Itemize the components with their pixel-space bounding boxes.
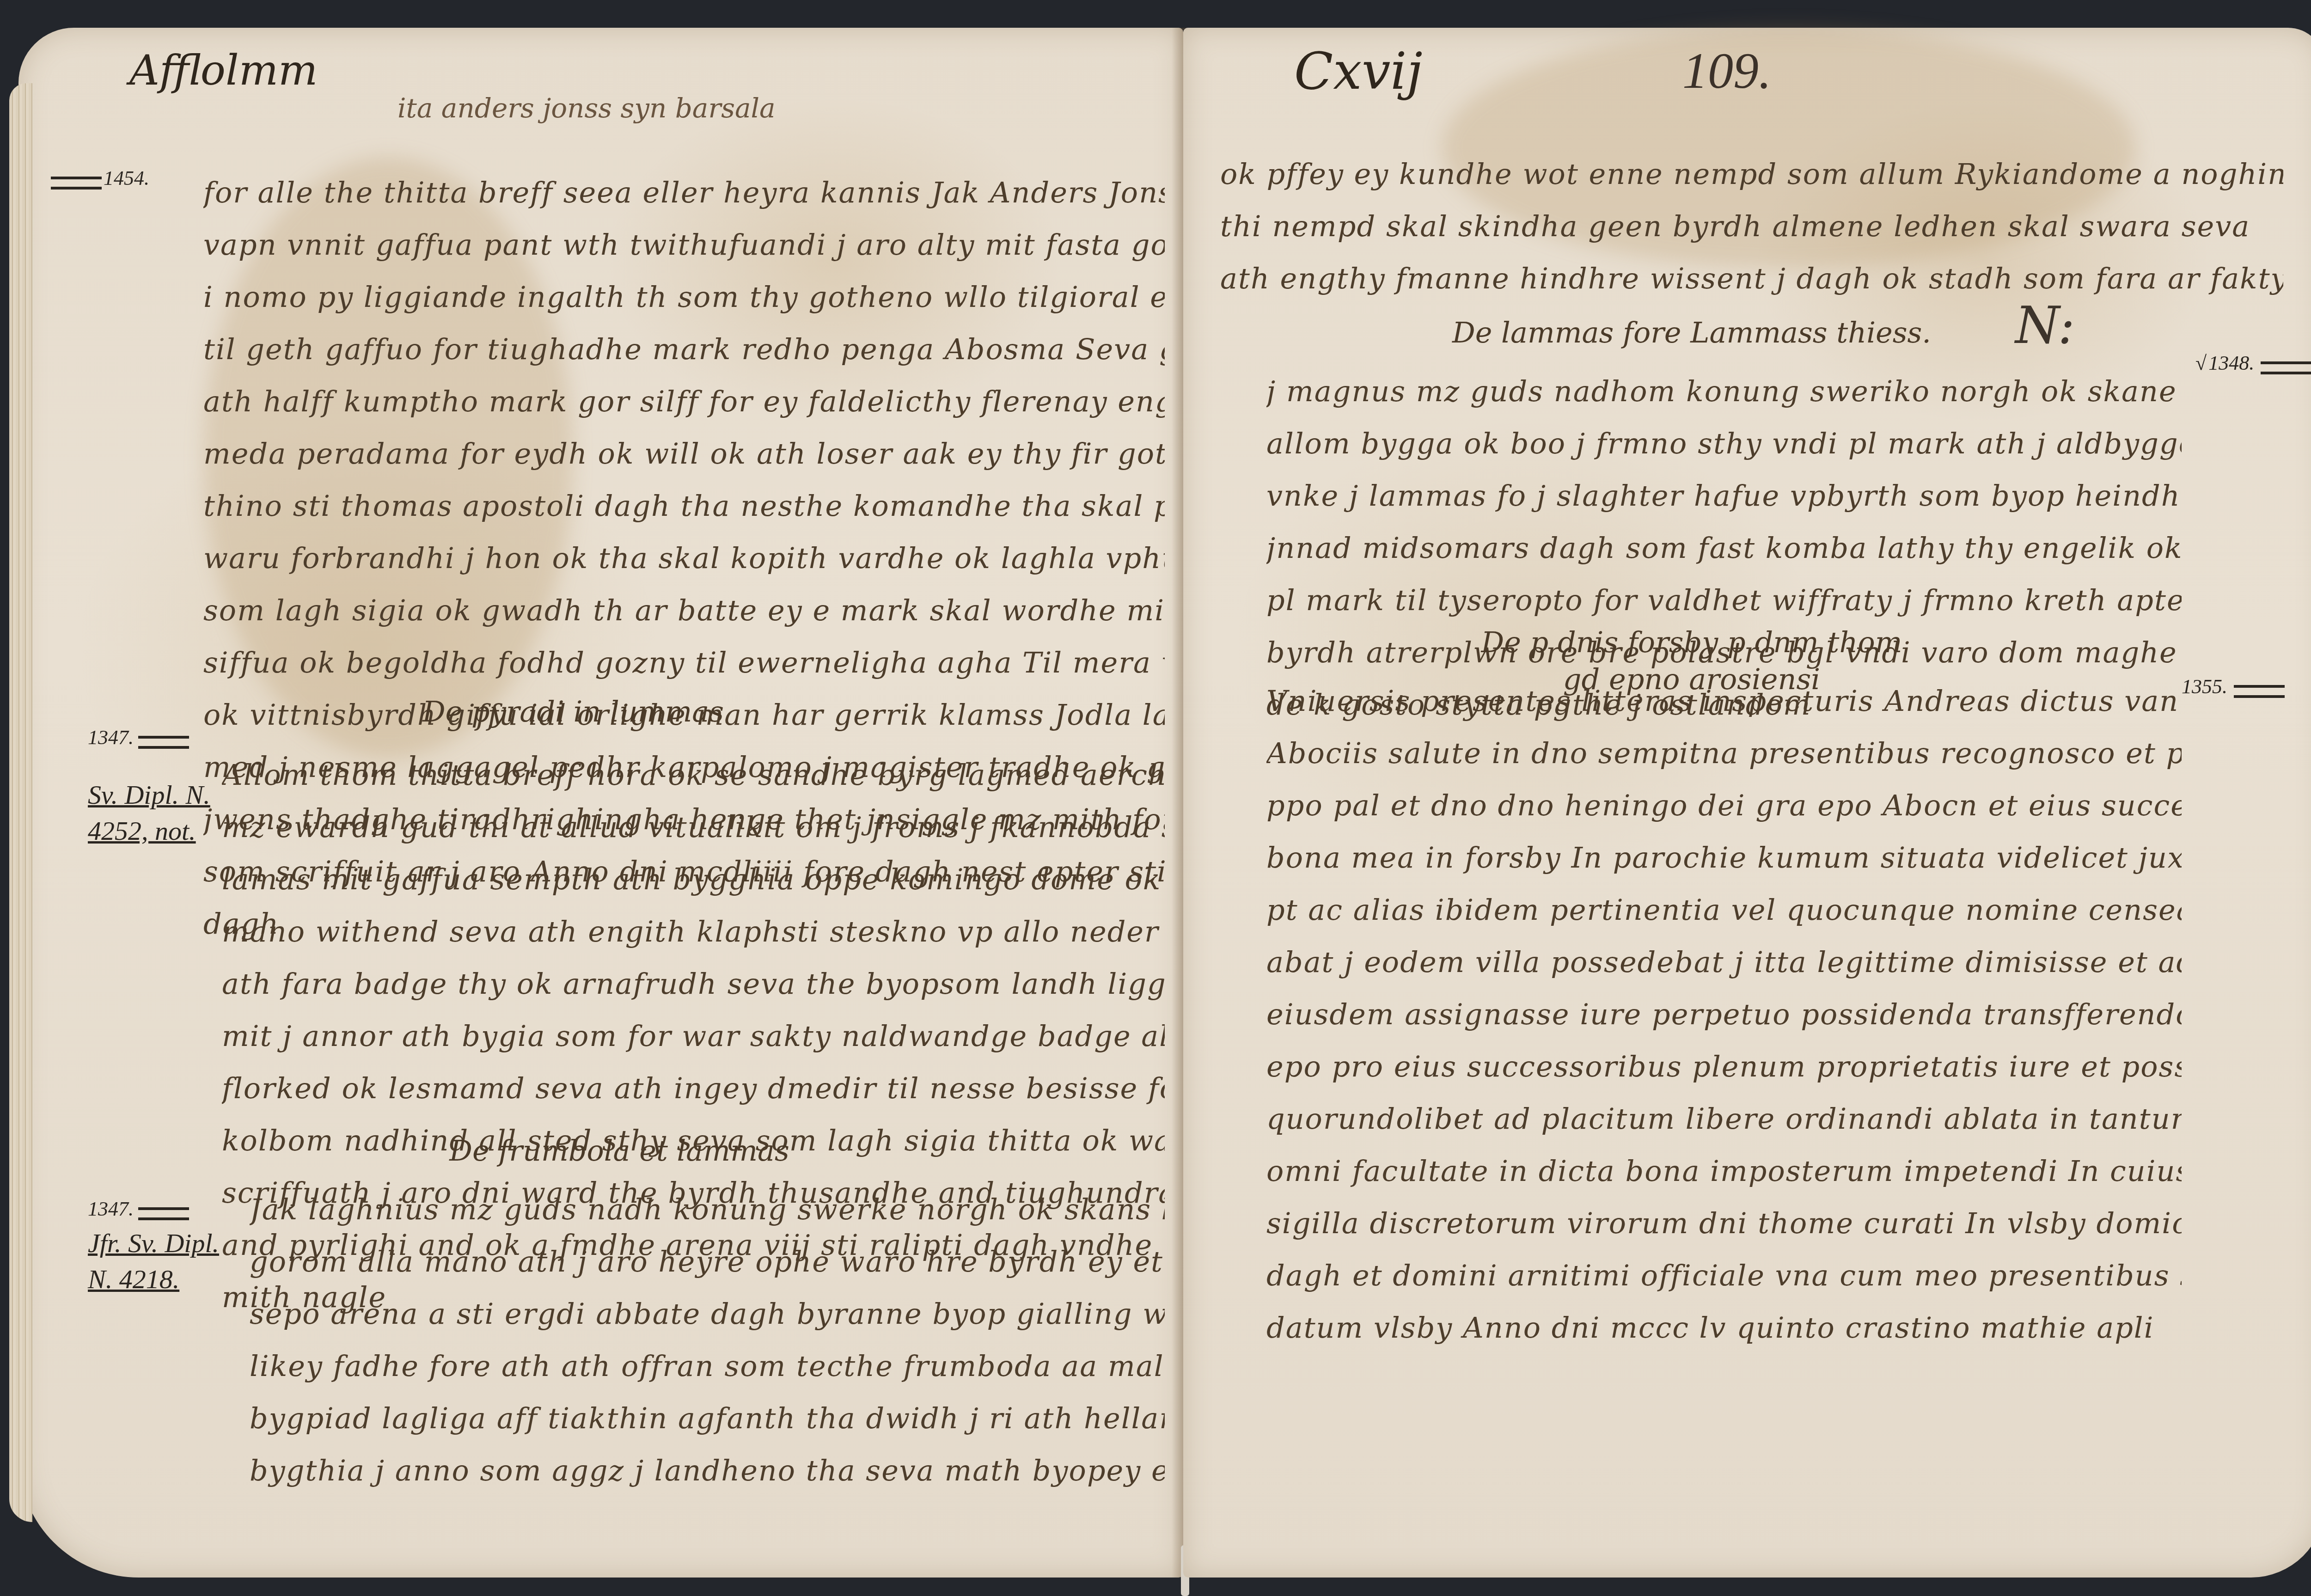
text-line: for alle the thitta breff seea eller hey… [203,166,1165,219]
running-head-left: Afflolmm [129,46,318,95]
double-rule-icon [51,177,102,190]
text-line: quorundolibet ad placitum libere ordinan… [1266,1093,2182,1145]
double-rule-icon [138,736,189,749]
entry-continuation: ok pffey ey kundhe wot enne nempd som al… [1220,148,2283,305]
text-line: meda peradama for eydh ok will ok ath lo… [203,428,1165,480]
text-line: bygpiad lagliga aff tiakthin agfanth tha… [250,1392,1165,1444]
text-line: dagh et domini arnitimi officiale vna cu… [1266,1249,2182,1302]
entry-3: Jak laghnius mz guds nadh konung swerke … [250,1183,1165,1497]
text-line: lamas mit gaffua sempth ath bygghia oppe… [222,853,1165,905]
text-line: mz ewardh gud thi at allud vitualikit om… [222,801,1165,853]
diplomatarium-ref: Jfr. Sv. Dipl. N. 4218. [88,1225,226,1297]
text-line: Abociis salute in dno sempitna presentib… [1266,727,2182,779]
diplomatarium-ref: Sv. Dipl. N. 4252, not. [88,777,236,849]
text-line: Allom thom thitta breff hora ok se sandh… [222,749,1165,801]
text-line: bona mea in forsby In parochie kumum sit… [1266,832,2182,884]
right-page: Cxvij 109. ok pffey ey kundhe wot enne n… [1183,28,2311,1578]
text-line: datum vlsby Anno dni mccc lv quinto cras… [1266,1302,2182,1354]
double-rule-icon [2261,361,2311,374]
text-line: eiusdem assignasse iure perpetuo posside… [1266,988,2182,1040]
margin-note-2: 1347. Sv. Dipl. N. 4252, not. [88,726,236,849]
double-rule-icon [138,1207,189,1220]
margin-year: 1347. [88,726,134,749]
manuscript-spread: Afflolmm ita anders jonss syn barsala 14… [0,0,2311,1596]
text-line: florked ok lesmamd seva ath ingey dmedir… [222,1062,1165,1114]
text-line: likey fadhe fore ath ath offran som tect… [250,1340,1165,1392]
text-line: sepo arena a sti ergdi abbate dagh byran… [250,1288,1165,1340]
running-head-roman: Cxvij [1294,42,1423,101]
text-line: omni facultate in dicta bona imposterum … [1266,1145,2182,1197]
text-line: mit j annor ath bygia som for war sakty … [222,1010,1165,1062]
entry-forsby: Vniuersis presentes litteras inspecturis… [1266,675,2182,1354]
text-line: abat j eodem villa possedebat j itta leg… [1266,936,2182,988]
text-line: thino sti thomas apostoli dagh tha nesth… [203,480,1165,532]
text-line: thi nempd skal skindha geen byrdh almene… [1220,200,2283,252]
text-line: epo pro eius successoribus plenum propri… [1266,1040,2182,1093]
text-line: vnke j lammas fo j slaghter hafue vpbyrt… [1266,470,2182,522]
text-line: siffua ok begoldha fodhd gozny til ewern… [203,636,1165,689]
check-icon: √ [2195,352,2207,374]
margin-note-3: 1347. Jfr. Sv. Dipl. N. 4218. [88,1197,226,1297]
text-line: ppo pal et dno dno heningo dei gra epo A… [1266,779,2182,832]
text-line: ath engthy fmanne hindhre wissent j dagh… [1220,252,2283,305]
text-line: gorom alla mano ath j aro heyre ophe war… [250,1235,1165,1288]
margin-year: 1347. [88,1198,134,1220]
text-line: jnnad midsomars dagh som fast komba lath… [1266,522,2182,574]
margin-year: 1355. [2182,675,2227,698]
margin-year: 1454. [104,167,149,190]
text-line: waru forbrandhi j hon ok tha skal kopith… [203,532,1165,584]
text-line: Jak laghnius mz guds nadh konung swerke … [250,1183,1165,1235]
text-line: som lagh sigia ok gwadh th ar batte ey e… [203,584,1165,636]
text-line: vapn vnnit gaffua pant wth twithufuandi … [203,219,1165,271]
text-line: mano withend seva ath engith klaphsti st… [222,905,1165,958]
double-rule-icon [2234,685,2285,698]
section-heading: De lammas fore Lammass thiess. [1414,305,1969,361]
text-line: allom bygga ok boo j frmno sthy vndi pl … [1266,417,2182,470]
folio-number: 109. [1682,42,1772,100]
left-page: Afflolmm ita anders jonss syn barsala 14… [18,28,1183,1578]
text-line: ok pffey ey kundhe wot enne nempd som al… [1220,148,2283,200]
text-line: i nomo py liggiande ingalth th som thy g… [203,271,1165,323]
text-line: pl mark til tyseropto for valdhet wiffra… [1266,574,2182,626]
text-line: Vniuersis presentes litteras inspecturis… [1266,675,2182,727]
margin-note-1355: 1355. [2182,675,2285,698]
text-line: j magnus mz guds nadhom konung sweriko n… [1266,365,2182,417]
text-line: pt ac alias ibidem pertinentia vel quocu… [1266,884,2182,936]
text-line: til geth gaffuo for tiughadhe mark redho… [203,323,1165,375]
margin-note-1348: √ 1348. [2195,351,2311,375]
text-line: sigilla discretorum virorum dni thome cu… [1266,1197,2182,1249]
text-line: ath halff kumptho mark gor silff for ey … [203,375,1165,428]
section-heading: De pyradi in lummas [296,684,850,740]
section-heading: De frumbola et lammas [342,1123,897,1179]
running-head-center: ita anders jonss syn barsala [397,92,776,124]
margin-year-1: 1454. [46,166,149,190]
nota-bene-mark: N: [2015,296,2075,355]
text-line: ath fara badge thy ok arnafrudh seva the… [222,958,1165,1010]
text-line: bygthia j anno som aggz j landheno tha s… [250,1444,1165,1497]
margin-year: 1348. [2208,352,2254,374]
